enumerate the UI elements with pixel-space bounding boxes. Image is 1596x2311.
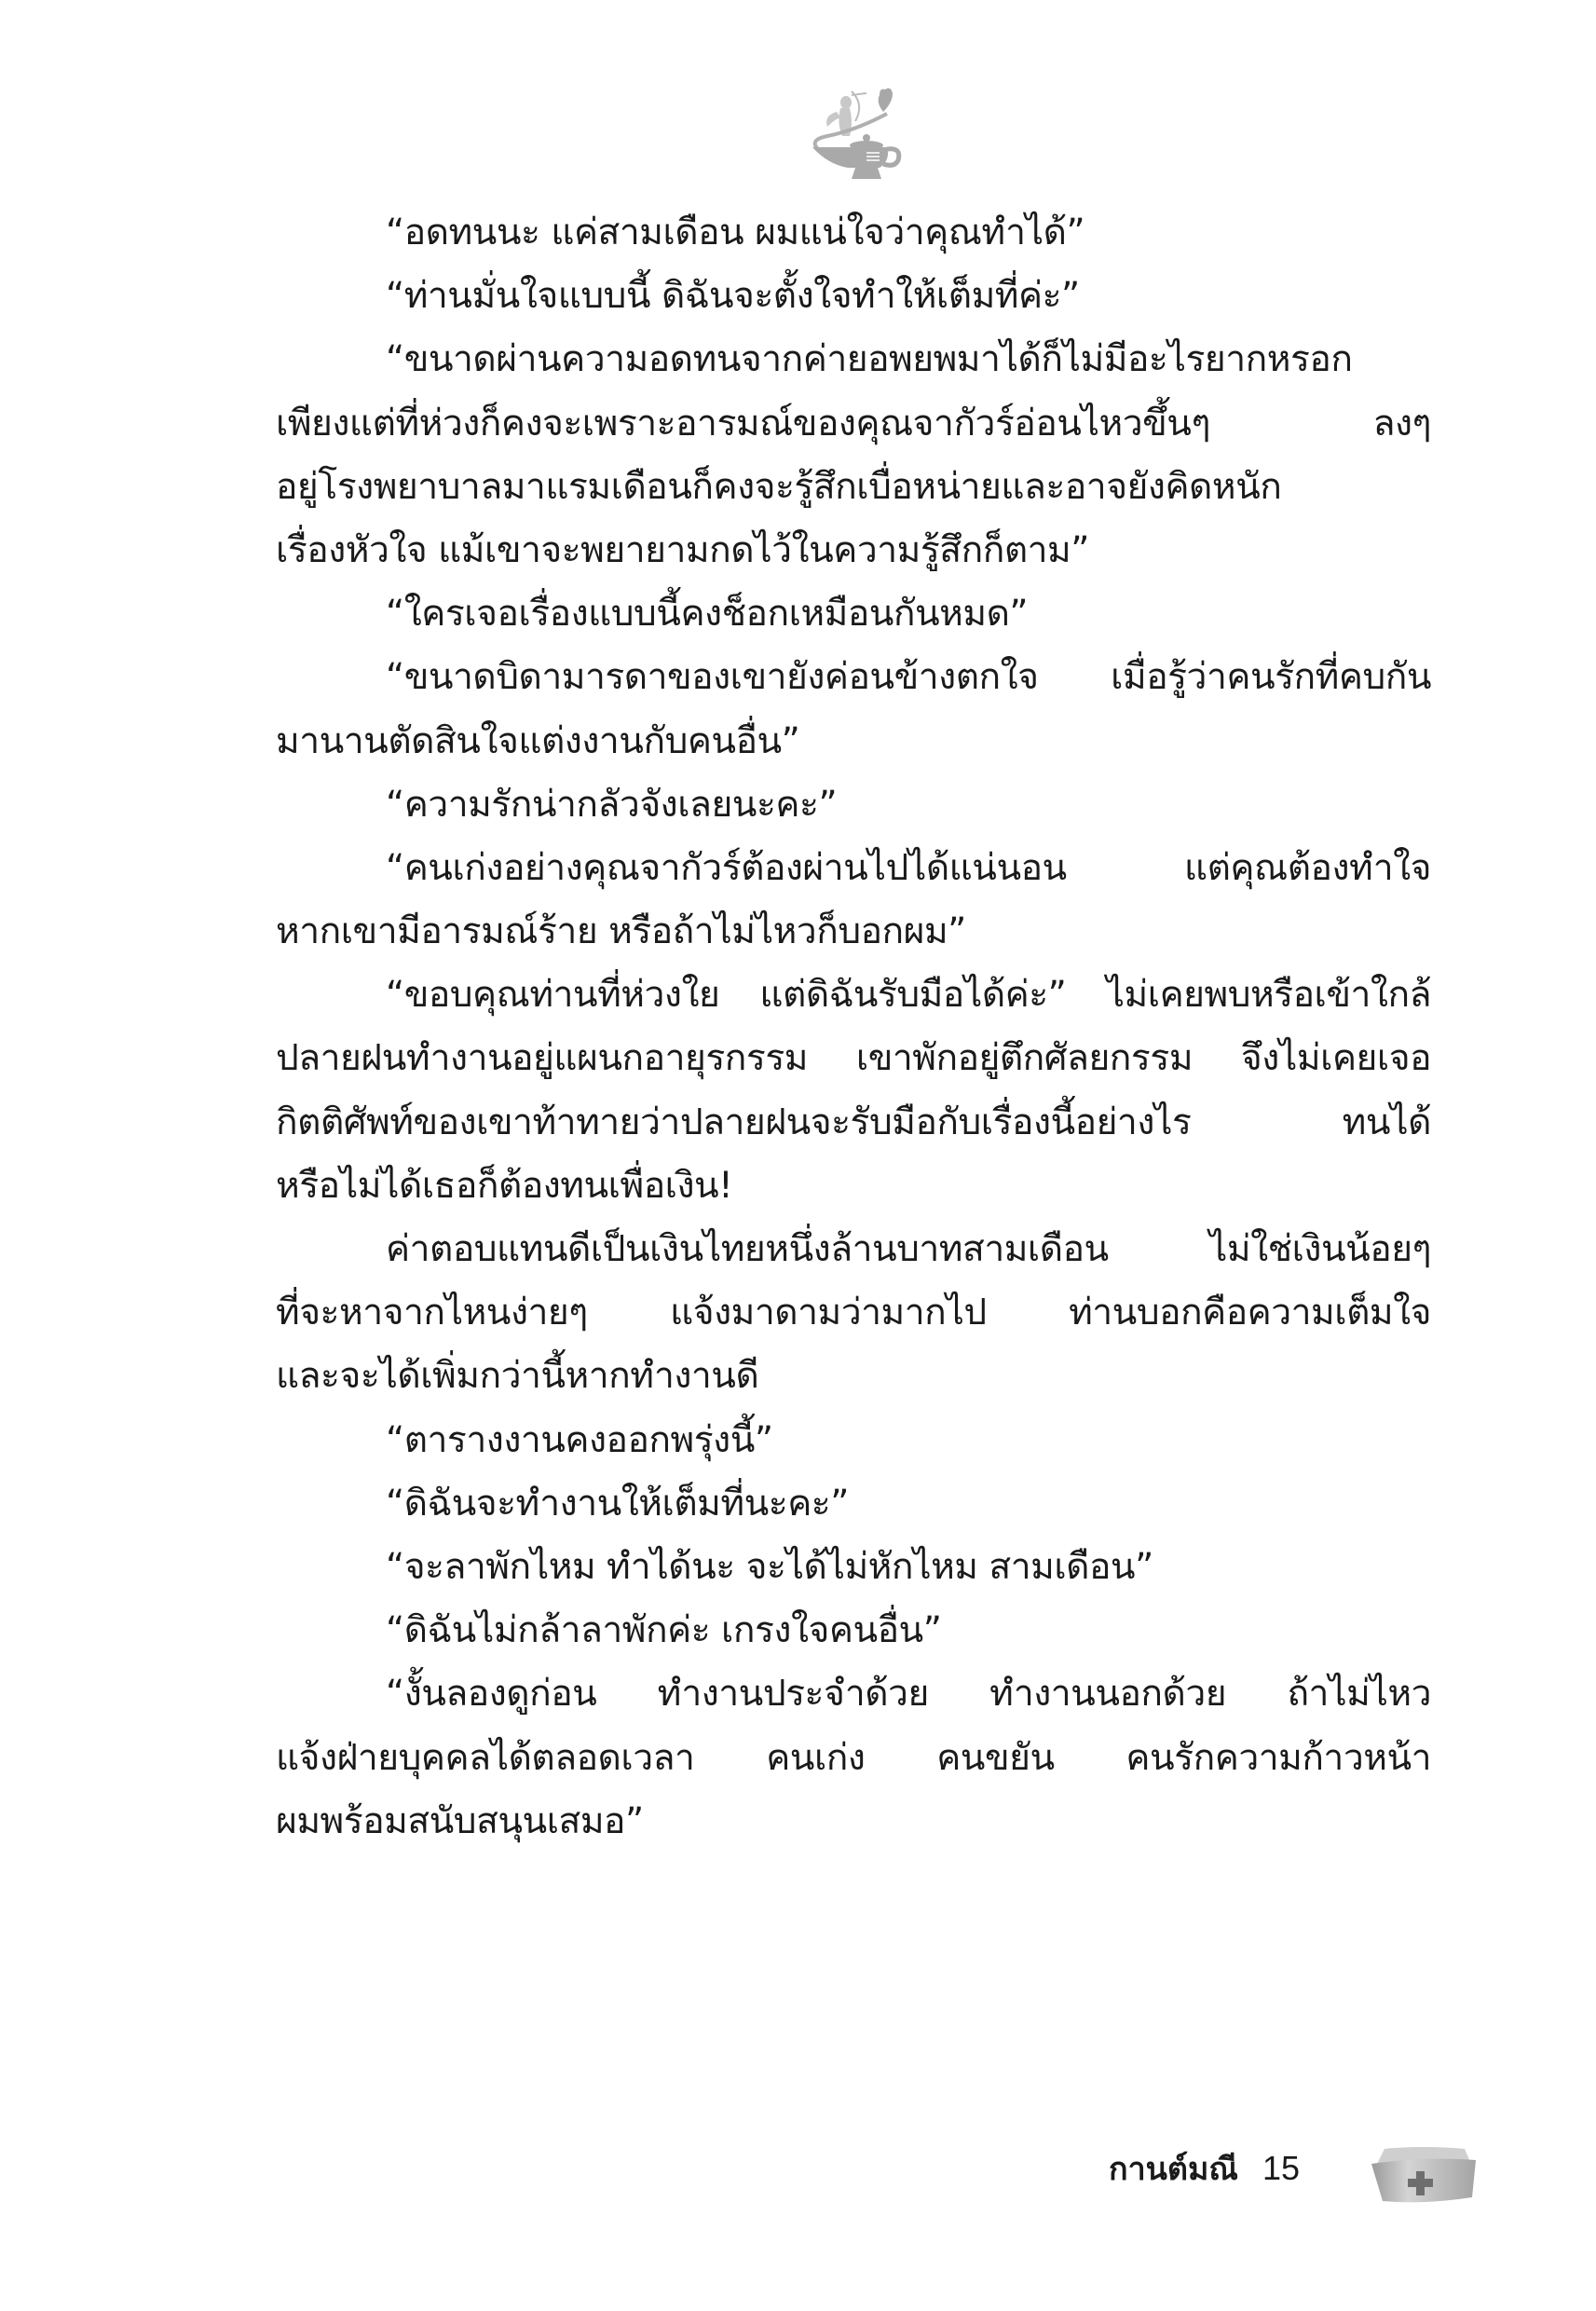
text-line: กิตติศัพท์ของเขาท้าทายว่าปลายฝนจะรับมือก…: [276, 1091, 1431, 1155]
text-line: “ใครเจอเรื่องแบบนี้คงช็อกเหมือนกันหมด”: [276, 582, 1431, 646]
text-line: ค่าตอบแทนดีเป็นเงินไทยหนึ่งล้านบาทสามเดื…: [276, 1218, 1431, 1281]
text-line: เพียงแต่ที่ห่วงก็คงจะเพราะอารมณ์ของคุณจา…: [276, 392, 1431, 456]
text-line: เรื่องหัวใจ แม้เขาจะพยายามกดไว้ในความรู้…: [276, 519, 1431, 582]
text-line: “ขนาดบิดามารดาของเขายังค่อนข้างตกใจ เมื่…: [276, 646, 1431, 709]
text-line: ผมพร้อมสนับสนุนเสมอ”: [276, 1790, 1431, 1853]
text-line: “ตารางงานคงออกพรุ่งนี้”: [276, 1409, 1431, 1472]
text-line: หากเขามีอารมณ์ร้าย หรือถ้าไม่ไหวก็บอกผม”: [276, 900, 1431, 964]
text-line: “ดิฉันจะทำงานให้เต็มที่นะคะ”: [276, 1472, 1431, 1536]
text-line: “อดทนนะ แค่สามเดือน ผมแน่ใจว่าคุณทำได้”: [276, 201, 1431, 265]
text-line: “คนเก่งอย่างคุณจากัวร์ต้องผ่านไปได้แน่นอ…: [276, 837, 1431, 900]
nurse-cap-icon: [1368, 2143, 1480, 2208]
text-line: และจะได้เพิ่มกว่านี้หากทำงานดี: [276, 1345, 1431, 1408]
book-title: กานต์มณี: [1109, 2143, 1238, 2194]
text-line: “ความรักน่ากลัวจังเลยนะคะ”: [276, 773, 1431, 837]
text-line: อยู่โรงพยาบาลมาแรมเดือนก็คงจะรู้สึกเบื่อ…: [276, 456, 1431, 519]
text-line: “ดิฉันไม่กล้าลาพักค่ะ เกรงใจคนอื่น”: [276, 1599, 1431, 1662]
page-number: 15: [1262, 2149, 1300, 2188]
text-line: “ขอบคุณท่านที่ห่วงใย แต่ดิฉันรับมือได้ค่…: [276, 964, 1431, 1027]
text-line: มานานตัดสินใจแต่งงานกับคนอื่น”: [276, 710, 1431, 773]
page-footer: กานต์มณี 15: [1109, 2143, 1300, 2194]
text-line: “ขนาดผ่านความอดทนจากค่ายอพยพมาได้ก็ไม่มี…: [276, 328, 1431, 391]
text-line: “ท่านมั่นใจแบบนี้ ดิฉันจะตั้งใจทำให้เต็ม…: [276, 265, 1431, 328]
text-line: หรือไม่ได้เธอก็ต้องทนเพื่อเงิน!: [276, 1155, 1431, 1218]
text-line: แจ้งฝ่ายบุคคลได้ตลอดเวลา คนเก่ง คนขยัน ค…: [276, 1727, 1431, 1790]
body-text: “อดทนนะ แค่สามเดือน ผมแน่ใจว่าคุณทำได้”“…: [276, 201, 1431, 1853]
text-line: ปลายฝนทำงานอยู่แผนกอายุรกรรม เขาพักอยู่ต…: [276, 1027, 1431, 1090]
text-line: “งั้นลองดูก่อน ทำงานประจำด้วย ทำงานนอกด้…: [276, 1662, 1431, 1726]
text-line: ที่จะหาจากไหนง่ายๆ แจ้งมาดามว่ามากไป ท่า…: [276, 1281, 1431, 1345]
genie-lamp-cupid-icon: [799, 75, 911, 186]
text-line: “จะลาพักไหม ทำได้นะ จะได้ไม่หักไหม สามเด…: [276, 1536, 1431, 1599]
